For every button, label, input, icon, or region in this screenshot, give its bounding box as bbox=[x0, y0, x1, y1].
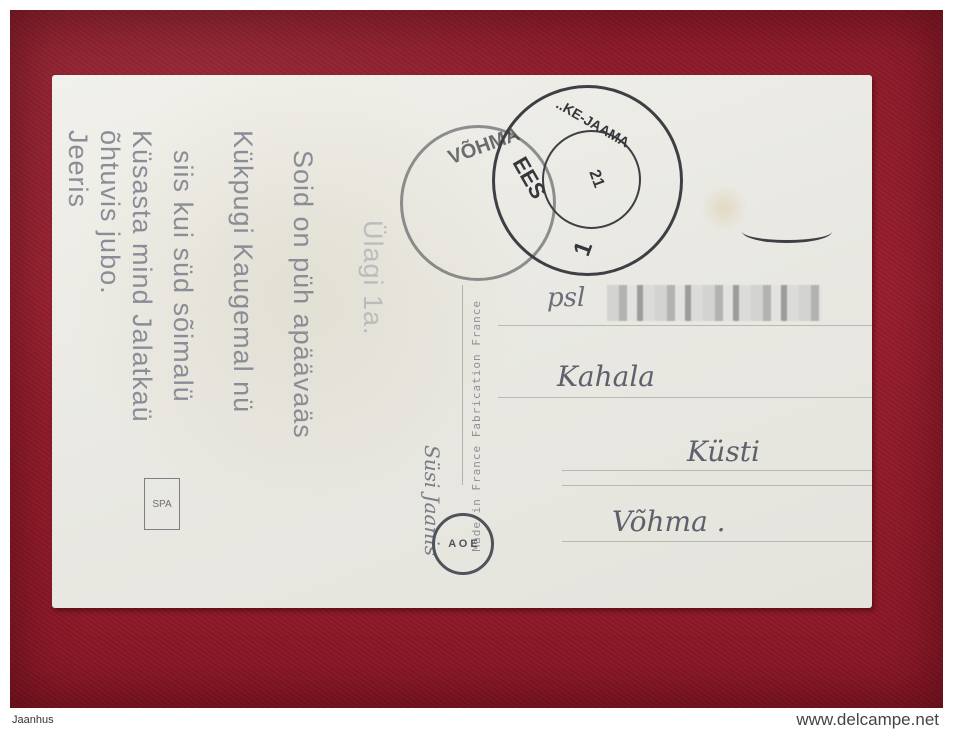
site-watermark: www.delcampe.net bbox=[796, 710, 939, 730]
address-line1: Kahala bbox=[557, 360, 655, 393]
message-line: Soid on püh apäävaäs bbox=[287, 150, 318, 439]
message-faint: Ülagi 1a. bbox=[357, 220, 388, 336]
message-line: õhtuvis jubo. bbox=[94, 130, 125, 295]
address-line bbox=[498, 325, 872, 326]
divider-line bbox=[462, 285, 463, 485]
message-line: Küsasta mind Jalatkaü bbox=[126, 130, 157, 423]
message-line: siis kui süd sõimalü bbox=[167, 150, 198, 403]
address-line bbox=[498, 397, 872, 398]
address-line2: Küsti bbox=[687, 435, 760, 468]
publisher-logo: A O E bbox=[432, 513, 494, 575]
message-line: Kükpugi Kaugemal nü bbox=[227, 130, 258, 413]
postmark-fragment bbox=[742, 220, 832, 243]
redacted-name bbox=[607, 285, 822, 321]
address-line bbox=[562, 485, 872, 486]
seller-name: Jaanhus bbox=[12, 714, 54, 726]
address-prefix: psl bbox=[547, 283, 585, 313]
publisher-mark: SPA bbox=[144, 478, 180, 530]
address-line bbox=[562, 470, 872, 471]
message-line: Jeeris bbox=[62, 130, 93, 208]
postcard-back: Jeeris õhtuvis jubo. Küsasta mind Jalatk… bbox=[52, 75, 872, 608]
address-line3: Võhma . bbox=[612, 505, 726, 538]
address-line bbox=[562, 541, 872, 542]
